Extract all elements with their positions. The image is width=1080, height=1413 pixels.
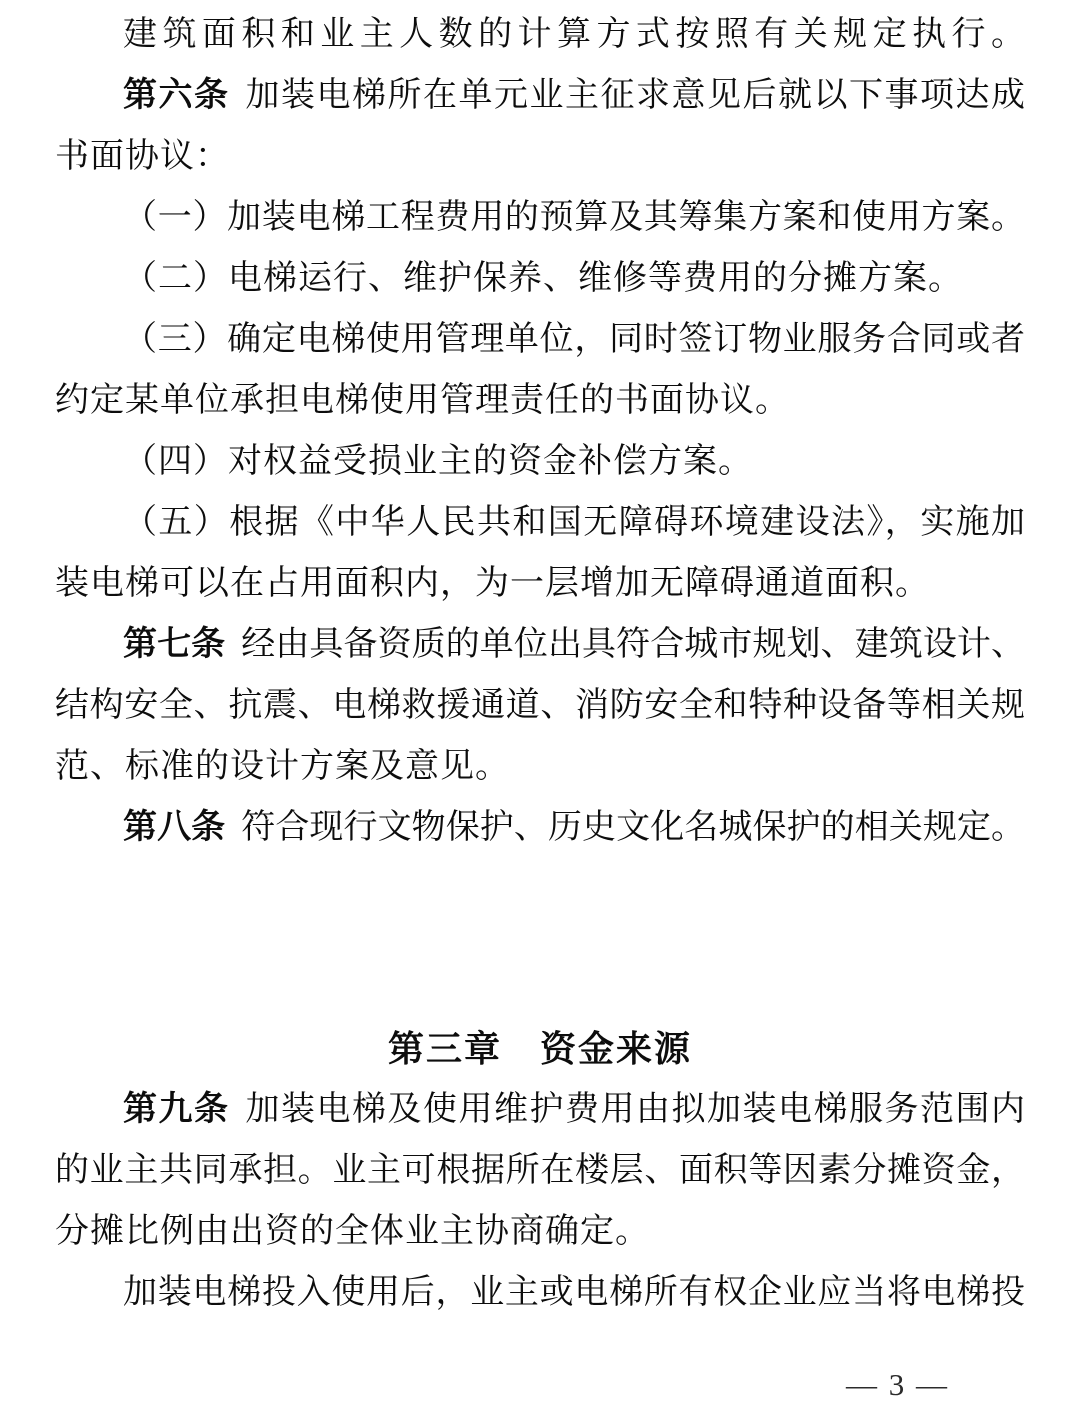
document-body: 建筑面积和业主人数的计算方式按照有关规定执行。 第六条加装电梯所在单元业主征求意…: [55, 4, 1025, 1405]
text-line: 的业主共同承担。业主可根据所在楼层、面积等因素分摊资金，: [55, 1140, 1025, 1201]
text-line: 加装电梯投入使用后，业主或电梯所有权企业应当将电梯投: [55, 1262, 1025, 1323]
chapter-heading: 第三章 资金来源: [55, 1018, 1025, 1079]
text-line-content: 加装电梯投入使用后，业主或电梯所有权企业应当将电梯投: [123, 1273, 1025, 1311]
text-line: 书面协议：: [55, 126, 1025, 187]
text-line-content: 装电梯可以在占用面积内，为一层增加无障碍通道面积。: [55, 564, 930, 602]
text-line-content: （四）对权益受损业主的资金补偿方案。: [123, 442, 753, 480]
text-line: 装电梯可以在占用面积内，为一层增加无障碍通道面积。: [55, 553, 1025, 614]
text-line-content: 符合现行文物保护、历史文化名城保护的相关规定。: [241, 808, 1025, 846]
text-line-content: 结构安全、抗震、电梯救援通道、消防安全和特种设备等相关规: [55, 686, 1025, 724]
text-line: 分摊比例由出资的全体业主协商确定。: [55, 1201, 1025, 1262]
article-number: 第七条: [123, 625, 225, 663]
article-number: 第九条: [123, 1090, 230, 1128]
text-line-content: （二）电梯运行、维护保养、维修等费用的分摊方案。: [123, 259, 963, 297]
text-line: （三）确定电梯使用管理单位，同时签订物业服务合同或者: [55, 309, 1025, 370]
text-line: 结构安全、抗震、电梯救援通道、消防安全和特种设备等相关规: [55, 675, 1025, 736]
text-line-content: （三）确定电梯使用管理单位，同时签订物业服务合同或者: [123, 320, 1025, 358]
text-line: （四）对权益受损业主的资金补偿方案。: [55, 431, 1025, 492]
text-line: 第八条符合现行文物保护、历史文化名城保护的相关规定。: [55, 797, 1025, 858]
page-footer: — 3 —: [55, 1365, 1025, 1405]
page-number: — 3 —: [846, 1367, 949, 1402]
text-line-content: 分摊比例由出资的全体业主协商确定。: [55, 1212, 650, 1250]
article-number: 第八条: [123, 808, 225, 846]
text-line-content: 的业主共同承担。业主可根据所在楼层、面积等因素分摊资金，: [55, 1151, 1025, 1189]
text-line: 建筑面积和业主人数的计算方式按照有关规定执行。: [55, 4, 1025, 65]
text-line: 约定某单位承担电梯使用管理责任的书面协议。: [55, 370, 1025, 431]
text-line-content: 经由具备资质的单位出具符合城市规划、建筑设计、: [241, 625, 1025, 663]
text-line-content: 范、标准的设计方案及意见。: [55, 747, 510, 785]
text-line-content: 约定某单位承担电梯使用管理责任的书面协议。: [55, 381, 790, 419]
text-line: 第六条加装电梯所在单元业主征求意见后就以下事项达成: [55, 65, 1025, 126]
text-line: （五）根据《中华人民共和国无障碍环境建设法》，实施加: [55, 492, 1025, 553]
text-line-content: （一）加装电梯工程费用的预算及其筹集方案和使用方案。: [123, 198, 1025, 236]
article-number: 第六条: [123, 76, 230, 114]
section-gap: [55, 858, 1025, 1018]
text-line: 范、标准的设计方案及意见。: [55, 736, 1025, 797]
text-line-content: （五）根据《中华人民共和国无障碍环境建设法》，实施加: [123, 503, 1025, 541]
text-line-content: 加装电梯所在单元业主征求意见后就以下事项达成: [246, 76, 1026, 114]
text-line: 第九条加装电梯及使用维护费用由拟加装电梯服务范围内: [55, 1079, 1025, 1140]
text-line-content: 建筑面积和业主人数的计算方式按照有关规定执行。: [123, 15, 1025, 53]
text-line: 第七条经由具备资质的单位出具符合城市规划、建筑设计、: [55, 614, 1025, 675]
text-line: （一）加装电梯工程费用的预算及其筹集方案和使用方案。: [55, 187, 1025, 248]
text-line-content: 书面协议：: [55, 137, 230, 175]
text-line: （二）电梯运行、维护保养、维修等费用的分摊方案。: [55, 248, 1025, 309]
document-page: 建筑面积和业主人数的计算方式按照有关规定执行。 第六条加装电梯所在单元业主征求意…: [0, 0, 1080, 1413]
text-line-content: 加装电梯及使用维护费用由拟加装电梯服务范围内: [246, 1090, 1026, 1128]
